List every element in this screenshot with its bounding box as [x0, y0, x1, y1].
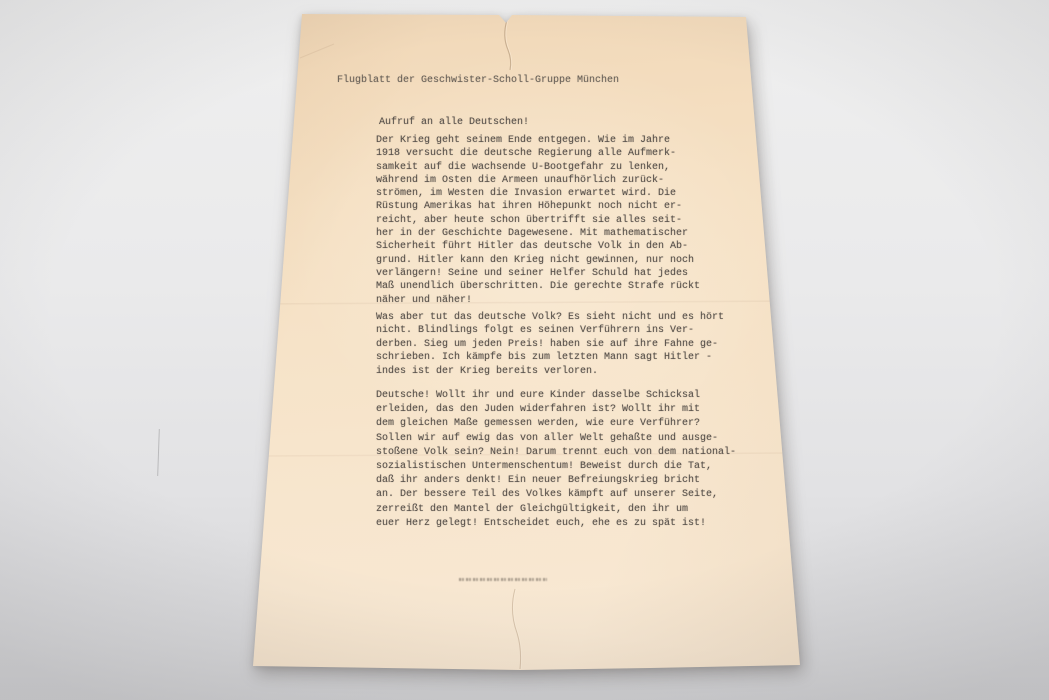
- illegible-stamp-line: [459, 578, 547, 581]
- leaflet-paragraph-3: Deutsche! Wollt ihr und eure Kinder dass…: [376, 389, 736, 531]
- leaflet-title: Aufruf an alle Deutschen!: [379, 116, 529, 129]
- leaflet-header-line: Flugblatt der Geschwister-Scholl-Gruppe …: [337, 74, 619, 87]
- document-photograph: Flugblatt der Geschwister-Scholl-Gruppe …: [0, 0, 1049, 700]
- leaflet-paragraph-1: Der Krieg geht seinem Ende entgegen. Wie…: [376, 134, 700, 307]
- leaflet-paragraph-2: Was aber tut das deutsche Volk? Es sieht…: [376, 311, 724, 378]
- paper-shadow-wrap: Flugblatt der Geschwister-Scholl-Gruppe …: [0, 0, 1049, 700]
- leaflet-paper: Flugblatt der Geschwister-Scholl-Gruppe …: [250, 12, 803, 674]
